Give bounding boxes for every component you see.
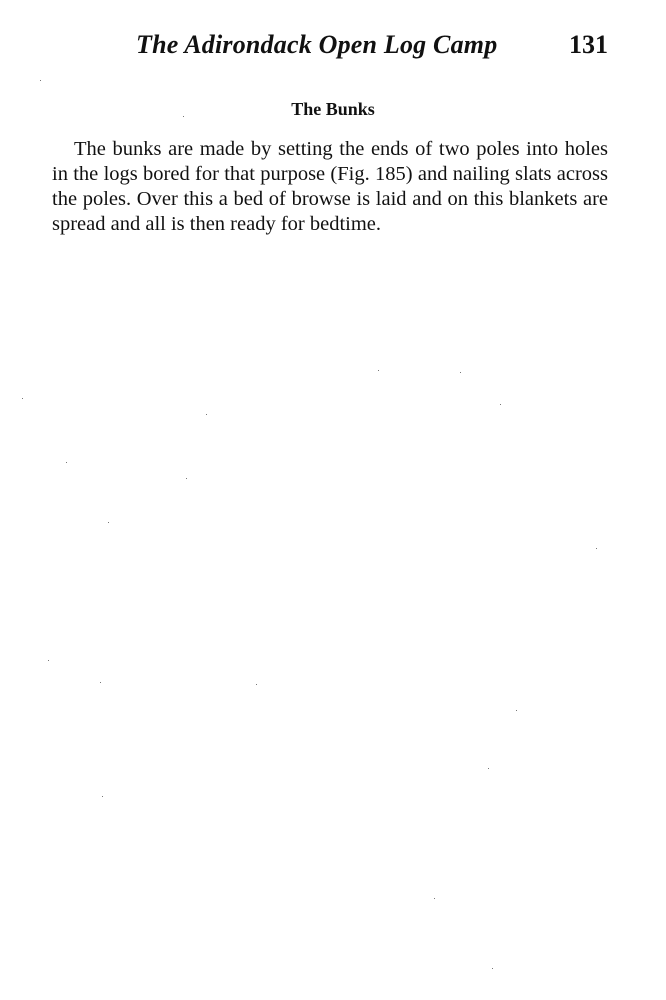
section-heading: The Bunks (0, 99, 666, 120)
page-number: 131 (569, 30, 608, 60)
running-title: The Adirondack Open Log Camp (136, 30, 497, 60)
section-heading-text: The Bunks (291, 99, 375, 120)
body-paragraph: The bunks are made by setting the ends o… (52, 137, 608, 237)
running-head: The Adirondack Open Log Camp 131 (136, 30, 608, 66)
body-paragraph-text: The bunks are made by setting the ends o… (52, 138, 608, 235)
